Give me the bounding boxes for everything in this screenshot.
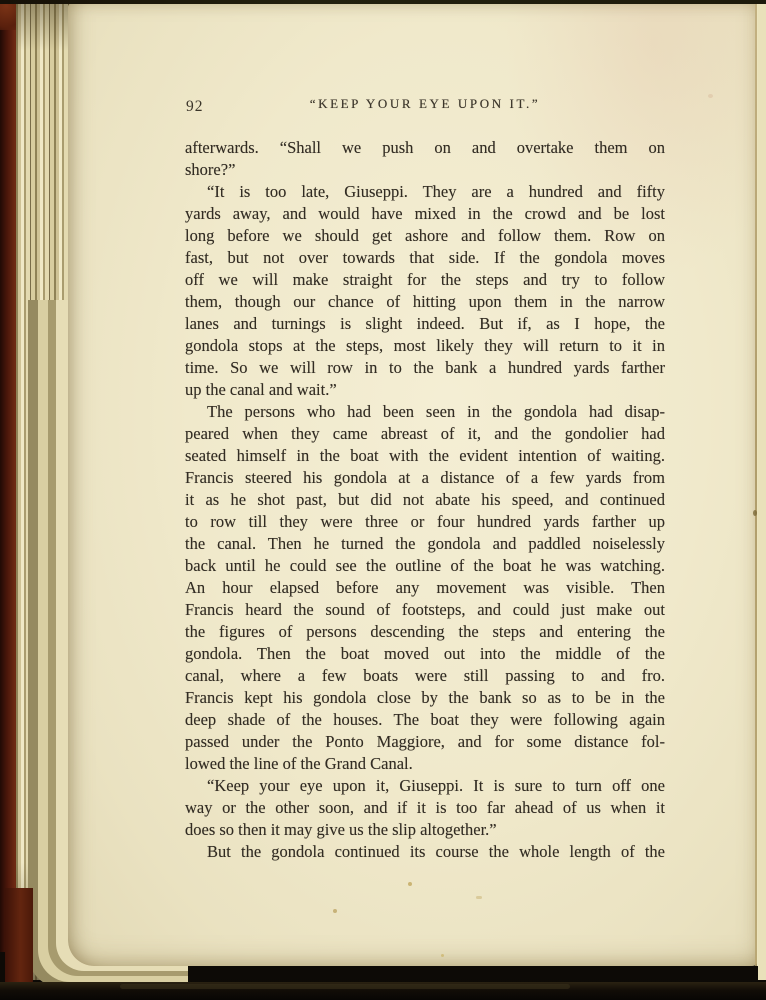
text-line: canal, where a few boats were still pass… (185, 665, 665, 687)
text-line: up the canal and wait.” (185, 379, 665, 401)
text-line: “Keep your eye upon it, Giuseppi. It is … (185, 775, 665, 797)
paper-speck (708, 94, 713, 98)
text-line: seated himself in the boat with the evid… (185, 445, 665, 467)
printed-text-block: 92 “KEEP YOUR EYE UPON IT.” afterwards. … (185, 96, 665, 863)
paper-speck (441, 954, 444, 957)
running-header: “KEEP YOUR EYE UPON IT.” (185, 96, 665, 112)
photo-top-shadow (0, 0, 766, 4)
text-line: time. So we will row in to the bank a hu… (185, 357, 665, 379)
text-line: yards away, and would have mixed in the … (185, 203, 665, 225)
paper-speck (333, 909, 337, 913)
text-line: gondola stops at the steps, most likely … (185, 335, 665, 357)
text-line: them, though our chance of hitting upon … (185, 291, 665, 313)
text-line: the figures of persons descending the st… (185, 621, 665, 643)
page-body-text: afterwards. “Shall we push on and overta… (185, 137, 665, 863)
book-cover-bottom-corner (5, 888, 33, 990)
text-line: Francis heard the sound of footsteps, an… (185, 599, 665, 621)
text-line: the canal. Then he turned the gondola an… (185, 533, 665, 555)
text-line: shore?” (185, 159, 665, 181)
text-line: Francis steered his gondola at a distanc… (185, 467, 665, 489)
text-line: gondola. Then the boat moved out into th… (185, 643, 665, 665)
text-line: off we will make straight for the steps … (185, 269, 665, 291)
book-page: 92 “KEEP YOUR EYE UPON IT.” afterwards. … (68, 4, 758, 966)
underlying-page-sliver (758, 2, 766, 980)
text-line: lowed the line of the Grand Canal. (185, 753, 665, 775)
text-line: deep shade of the houses. The boat they … (185, 709, 665, 731)
photo-bottom-shadow (0, 982, 766, 1000)
text-line: does so then it may give us the slip alt… (185, 819, 665, 841)
text-line: Francis kept his gondola close by the ba… (185, 687, 665, 709)
text-line: back until he could see the outline of t… (185, 555, 665, 577)
text-line: “It is too late, Giuseppi. They are a hu… (185, 181, 665, 203)
page-number: 92 (186, 98, 204, 116)
text-line: afterwards. “Shall we push on and overta… (185, 137, 665, 159)
text-line: passed under the Ponto Maggiore, and for… (185, 731, 665, 753)
running-header-row: 92 “KEEP YOUR EYE UPON IT.” (185, 96, 665, 118)
text-line: to row till they were three or four hund… (185, 511, 665, 533)
paper-speck (753, 510, 757, 516)
text-line: it as he shot past, but did not abate hi… (185, 489, 665, 511)
paper-speck (476, 896, 482, 899)
paper-speck (408, 882, 412, 886)
text-line: lanes and turnings is slight indeed. But… (185, 313, 665, 335)
text-line: But the gondola continued its course the… (185, 841, 665, 863)
text-line: long before we should get ashore and fol… (185, 225, 665, 247)
text-line: fast, but not over towards that side. If… (185, 247, 665, 269)
text-line: An hour elapsed before any movement was … (185, 577, 665, 599)
book-scan-photo: 92 “KEEP YOUR EYE UPON IT.” afterwards. … (0, 0, 766, 1000)
text-line: peared when they came abreast of it, and… (185, 423, 665, 445)
text-line: The persons who had been seen in the gon… (185, 401, 665, 423)
text-line: way or the other soon, and if it is too … (185, 797, 665, 819)
